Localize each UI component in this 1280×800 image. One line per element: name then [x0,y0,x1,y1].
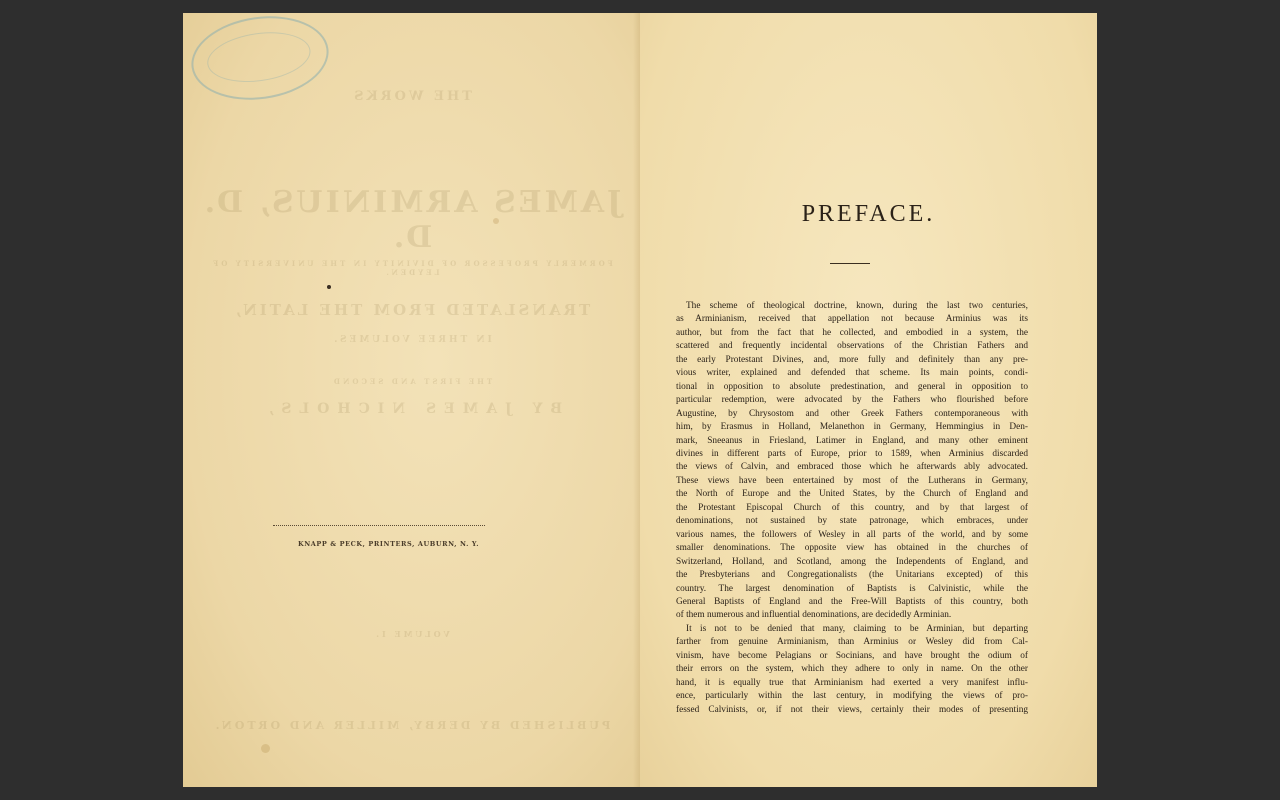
text-line: It is not to be denied that many, claimi… [676,623,1028,636]
text-line: hand, it is equally true that Arminianis… [676,677,1028,690]
text-line: vious writer, explained and defended tha… [676,367,1028,380]
foxing-spot [493,218,499,224]
bleed-through-text: JAMES ARMINIUS, D. D. [183,185,640,255]
text-line: vinism, have become Pelagians or Socinia… [676,650,1028,663]
dotted-divider [273,525,485,526]
text-line: The scheme of theological doctrine, know… [676,300,1028,313]
bleed-through-text: VOLUME I. [183,629,640,639]
text-line: particular redemption, were advocated by… [676,394,1028,407]
book-spread: THE WORKS JAMES ARMINIUS, D. D. FORMERLY… [183,13,1097,787]
bleed-through-text: BY JAMES NICHOLS, [183,401,640,417]
text-line: divines in different parts of Europe, pr… [676,448,1028,461]
text-line: mark, Sneeanus in Friesland, Latimer in … [676,435,1028,448]
page-title: PREFACE. [640,201,1097,228]
text-line: General Baptists of England and the Free… [676,596,1028,609]
text-line: denominations, not sustained by state pa… [676,515,1028,528]
bleed-through-text: THE FIRST AND SECOND [183,377,640,386]
text-line: of them numerous and influential denomin… [676,609,1028,622]
text-line: author, but from the fact that he collec… [676,327,1028,340]
library-stamp-inner-ring [204,26,314,88]
text-line: the Presbyterians and Congregationalists… [676,569,1028,582]
ink-speck [327,285,331,289]
text-line: scattered and frequently incidental obse… [676,340,1028,353]
foxing-spot [261,744,270,753]
bleed-through-text: THE WORKS [183,89,640,104]
preface-body: The scheme of theological doctrine, know… [676,300,1028,717]
printer-imprint: KNAPP & PECK, PRINTERS, AUBURN, N. Y. [298,540,479,548]
text-line: country. The largest denomination of Bap… [676,583,1028,596]
text-line: various names, the followers of Wesley i… [676,529,1028,542]
bleed-through-text: TRANSLATED FROM THE LATIN, [183,301,640,319]
left-page: THE WORKS JAMES ARMINIUS, D. D. FORMERLY… [183,13,640,787]
text-line: farther from genuine Arminianism, than A… [676,636,1028,649]
bleed-through-text: PUBLISHED BY DERBY, MILLER AND ORTON. [183,719,640,732]
text-line: fessed Calvinists, or, if not their view… [676,704,1028,717]
text-line: the views of Calvin, and embraced those … [676,461,1028,474]
text-line: These views have been entertained by mos… [676,475,1028,488]
text-line: smaller denominations. The opposite view… [676,542,1028,555]
text-line: him, by Erasmus in Holland, Melanethon i… [676,421,1028,434]
right-page: PREFACE. The scheme of theological doctr… [640,13,1097,787]
text-line: ence, particularly within the last centu… [676,690,1028,703]
text-line: as Arminianism, received that appellatio… [676,313,1028,326]
bleed-through-text: FORMERLY PROFESSOR OF DIVINITY IN THE UN… [183,259,640,277]
text-line: Switzerland, Holland, and Scotland, amon… [676,556,1028,569]
text-line: the Protestant Episcopal Church of this … [676,502,1028,515]
text-line: their errors on the system, which they a… [676,663,1028,676]
text-line: tional in opposition to absolute predest… [676,381,1028,394]
text-line: the early Protestant Divines, and, more … [676,354,1028,367]
title-underline [830,263,870,264]
text-line: Augustine, by Chrysostom and other Greek… [676,408,1028,421]
bleed-through-text: IN THREE VOLUMES. [183,335,640,345]
text-line: the North of Europe and the United State… [676,488,1028,501]
